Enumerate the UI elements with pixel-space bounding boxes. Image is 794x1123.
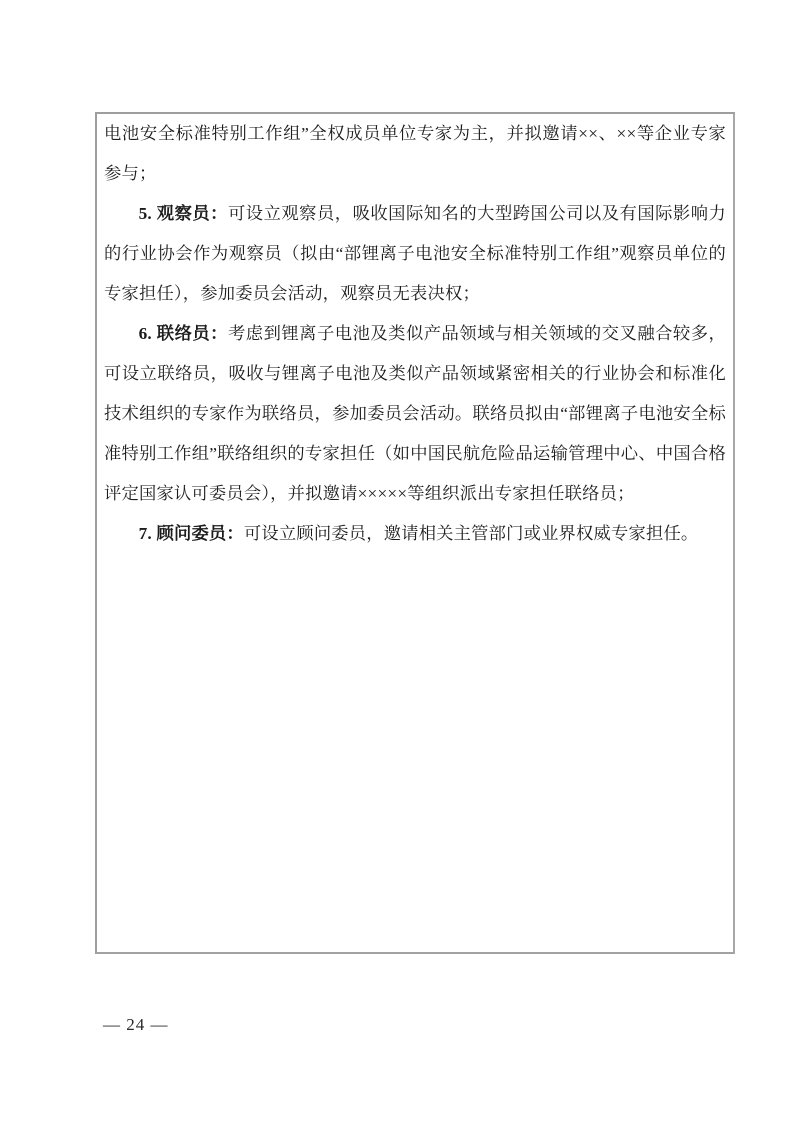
paragraph: 5. 观察员：可设立观察员，吸收国际知名的大型跨国公司以及有国际影响力的行业协会… (104, 194, 726, 314)
document-page: 电池安全标准特别工作组”全权成员单位专家为主，并拟邀请××、××等企业专家参与；… (0, 0, 794, 1123)
paragraph: 电池安全标准特别工作组”全权成员单位专家为主，并拟邀请××、××等企业专家参与； (104, 114, 726, 194)
content-box: 电池安全标准特别工作组”全权成员单位专家为主，并拟邀请××、××等企业专家参与；… (95, 112, 735, 954)
paragraph-label: 6. 联络员： (139, 324, 228, 343)
paragraph: 7. 顾问委员：可设立顾问委员，邀请相关主管部门或业界权威专家担任。 (104, 514, 726, 554)
paragraph-label: 7. 顾问委员： (139, 524, 244, 543)
paragraph-label: 5. 观察员： (139, 204, 228, 223)
page-number: — 24 — (103, 1005, 169, 1045)
paragraph: 6. 联络员：考虑到锂离子电池及类似产品领域与相关领域的交叉融合较多，可设立联络… (104, 314, 726, 514)
